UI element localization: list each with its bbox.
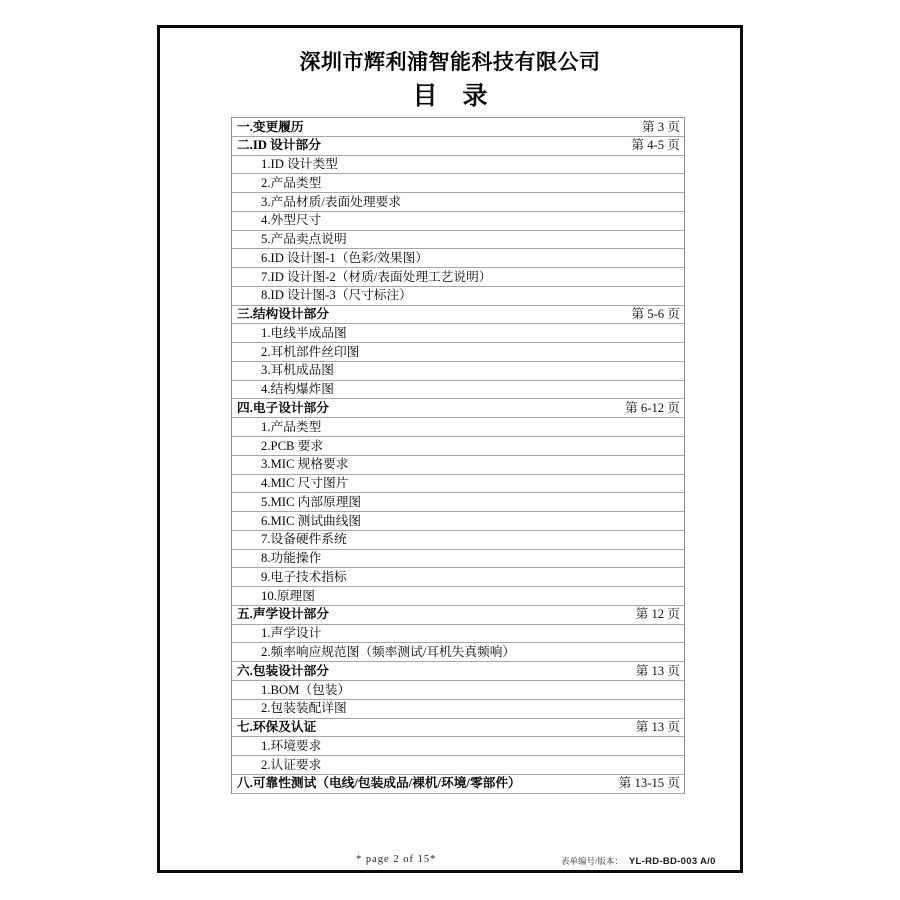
toc-row-label: 4.外型尺寸	[261, 214, 321, 227]
toc-row: 三.结构设计部分第 5-6 页	[232, 306, 684, 325]
footer-form-number: 表单编号/版本： YL-RD-BD-003 A/0	[561, 855, 716, 867]
toc-row: 2.包装装配详图	[232, 700, 684, 719]
toc-row: 1.BOM（包装）	[232, 681, 684, 700]
document-canvas: 深圳市辉利浦智能科技有限公司 目 录 一.变更履历第 3 页二.ID 设计部分第…	[0, 0, 900, 900]
toc-row: 10.原理图	[232, 587, 684, 606]
toc-row: 7.ID 设计图-2（材质/表面处理工艺说明）	[232, 268, 684, 287]
toc-row: 6.ID 设计图-1（色彩/效果图）	[232, 249, 684, 268]
toc-row: 一.变更履历第 3 页	[232, 118, 684, 137]
toc-row-label: 8.ID 设计图-3（尺寸标注）	[261, 289, 412, 302]
footer-form-value: YL-RD-BD-003 A/0	[629, 856, 716, 867]
toc-row-label: 2.认证要求	[261, 759, 321, 772]
toc-row: 2.产品类型	[232, 174, 684, 193]
toc-row: 4.外型尺寸	[232, 212, 684, 231]
toc-row: 1.产品类型	[232, 418, 684, 437]
toc-row-label: 4.结构爆炸图	[261, 383, 334, 396]
toc-row: 3.MIC 规格要求	[232, 456, 684, 475]
toc-row-label: 1.环境要求	[261, 740, 321, 753]
toc-row-page: 第 13-15 页	[619, 777, 680, 790]
toc-table: 一.变更履历第 3 页二.ID 设计部分第 4-5 页1.ID 设计类型2.产品…	[231, 117, 685, 794]
toc-row: 8.ID 设计图-3（尺寸标注）	[232, 287, 684, 306]
toc-row: 二.ID 设计部分第 4-5 页	[232, 137, 684, 156]
toc-row: 1.ID 设计类型	[232, 156, 684, 175]
toc-row-page: 第 3 页	[642, 121, 680, 134]
toc-row: 五.声学设计部分第 12 页	[232, 606, 684, 625]
toc-row: 4.MIC 尺寸图片	[232, 475, 684, 494]
toc-row-label: 一.变更履历	[237, 121, 304, 134]
toc-row-page: 第 4-5 页	[631, 139, 680, 152]
toc-row: 2.认证要求	[232, 756, 684, 775]
toc-row-label: 2.PCB 要求	[261, 440, 323, 453]
toc-row: 2.PCB 要求	[232, 437, 684, 456]
toc-row-label: 3.产品材质/表面处理要求	[261, 196, 401, 209]
toc-row: 2.耳机部件丝印图	[232, 343, 684, 362]
toc-row: 1.环境要求	[232, 737, 684, 756]
toc-title: 目 录	[160, 83, 740, 112]
toc-row-label: 7.设备硬件系统	[261, 533, 347, 546]
toc-row: 2.频率响应规范图（频率测试/耳机失真频响）	[232, 643, 684, 662]
toc-row-label: 八.可靠性测试（电线/包装成品/裸机/环境/零部件）	[237, 777, 521, 790]
toc-row: 四.电子设计部分第 6-12 页	[232, 399, 684, 418]
toc-row-label: 10.原理图	[261, 590, 315, 603]
toc-row-page: 第 5-6 页	[631, 308, 680, 321]
toc-row-label: 5.产品卖点说明	[261, 233, 347, 246]
toc-row-label: 五.声学设计部分	[237, 608, 329, 621]
toc-row: 3.产品材质/表面处理要求	[232, 193, 684, 212]
toc-row-label: 2.包装装配详图	[261, 702, 347, 715]
toc-row: 1.电线半成品图	[232, 324, 684, 343]
toc-row: 7.设备硬件系统	[232, 531, 684, 550]
toc-row-label: 6.MIC 测试曲线图	[261, 515, 361, 528]
toc-row: 4.结构爆炸图	[232, 381, 684, 400]
toc-row-label: 二.ID 设计部分	[237, 139, 321, 152]
toc-row: 6.MIC 测试曲线图	[232, 512, 684, 531]
toc-row-label: 3.耳机成品图	[261, 364, 334, 377]
toc-row-label: 7.ID 设计图-2（材质/表面处理工艺说明）	[261, 271, 491, 284]
toc-row: 八.可靠性测试（电线/包装成品/裸机/环境/零部件）第 13-15 页	[232, 775, 684, 794]
toc-row: 9.电子技术指标	[232, 568, 684, 587]
toc-row-label: 1.产品类型	[261, 421, 321, 434]
toc-row-label: 1.声学设计	[261, 627, 321, 640]
toc-row: 六.包装设计部分第 13 页	[232, 662, 684, 681]
toc-row-label: 8.功能操作	[261, 552, 321, 565]
footer-page-indicator: * page 2 of 15*	[356, 854, 436, 865]
toc-row-page: 第 6-12 页	[625, 402, 680, 415]
toc-row-label: 2.耳机部件丝印图	[261, 346, 359, 359]
toc-row: 5.产品卖点说明	[232, 231, 684, 250]
toc-row-label: 3.MIC 规格要求	[261, 458, 348, 471]
toc-row-label: 2.产品类型	[261, 177, 321, 190]
toc-row: 3.耳机成品图	[232, 362, 684, 381]
toc-row: 8.功能操作	[232, 550, 684, 569]
toc-row: 1.声学设计	[232, 625, 684, 644]
toc-row-label: 4.MIC 尺寸图片	[261, 477, 348, 490]
toc-row: 七.环保及认证第 13 页	[232, 719, 684, 738]
toc-row-page: 第 13 页	[636, 665, 680, 678]
toc-row-label: 9.电子技术指标	[261, 571, 347, 584]
toc-row-label: 七.环保及认证	[237, 721, 316, 734]
toc-row-page: 第 13 页	[636, 721, 680, 734]
toc-row-label: 四.电子设计部分	[237, 402, 329, 415]
document-page: 深圳市辉利浦智能科技有限公司 目 录 一.变更履历第 3 页二.ID 设计部分第…	[157, 25, 743, 873]
toc-row-label: 6.ID 设计图-1（色彩/效果图）	[261, 252, 428, 265]
toc-row-label: 1.BOM（包装）	[261, 684, 350, 697]
company-title: 深圳市辉利浦智能科技有限公司	[160, 51, 740, 74]
toc-row-label: 2.频率响应规范图（频率测试/耳机失真频响）	[261, 646, 515, 659]
toc-row-label: 5.MIC 内部原理图	[261, 496, 361, 509]
footer-form-label: 表单编号/版本：	[561, 855, 623, 867]
toc-row-label: 1.电线半成品图	[261, 327, 347, 340]
toc-row-label: 三.结构设计部分	[237, 308, 329, 321]
toc-row: 5.MIC 内部原理图	[232, 493, 684, 512]
toc-row-page: 第 12 页	[636, 608, 680, 621]
toc-row-label: 1.ID 设计类型	[261, 158, 338, 171]
toc-row-label: 六.包装设计部分	[237, 665, 329, 678]
